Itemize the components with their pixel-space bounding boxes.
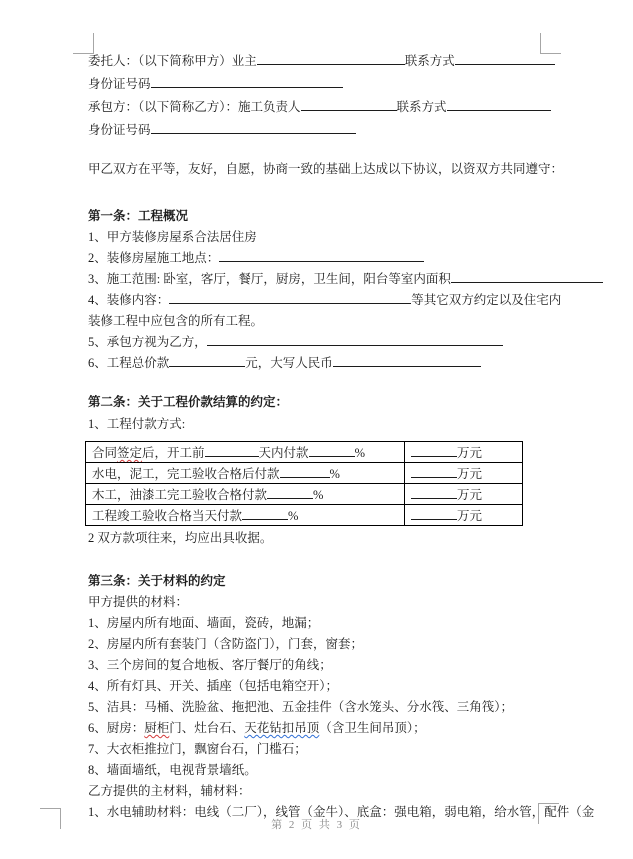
payment-schedule-table: 合同签定后，开工前天内付款% 万元 水电，泥工，完工验收合格后付款% 万元 木工… xyxy=(85,441,523,526)
table-row: 合同签定后，开工前天内付款% 万元 xyxy=(86,442,523,463)
table-row: 工程竣工验收合格当天付款% 万元 xyxy=(86,505,523,526)
section-1-title: 第一条：工程概况 xyxy=(88,205,558,227)
section-1-item-5: 5、承包方视为乙方， xyxy=(88,332,558,353)
section-3-item-5: 5、洁具：马桶、洗脸盆、拖把池、五金挂件（含水笼头、分水筏、三角筏）； xyxy=(88,697,558,718)
section-1-item-6: 6、工程总价款元，大写人民币 xyxy=(88,353,558,374)
party-a-id-label: 身份证号码 xyxy=(88,77,151,91)
section-3-item-8: 8、墙面墙纸，电视背景墙纸。 xyxy=(88,760,558,781)
document-content: 委托人：（以下简称甲方）业主联系方式 身份证号码 承包方：（以下简称乙方）：施工… xyxy=(88,50,558,823)
misspelled-text-red-underline: 签定 xyxy=(117,446,142,460)
blank-underline xyxy=(411,464,457,478)
payment-method-label: 1、工程付款方式: xyxy=(88,413,558,435)
blank-underline xyxy=(301,97,397,111)
party-a-line: 委托人：（以下简称甲方）业主联系方式 xyxy=(88,50,558,73)
party-a-id-line: 身份证号码 xyxy=(88,73,558,96)
payment-stage-cell: 水电，泥工，完工验收合格后付款% xyxy=(86,463,405,484)
section-3-item-3: 3、三个房间的复合地板、客厅餐厅的角线； xyxy=(88,655,558,676)
section-3-item-4: 4、所有灯具、开关、插座（包括电箱空开）； xyxy=(88,676,558,697)
section-1-item-4-cont: 装修工程中应包含的所有工程。 xyxy=(88,311,558,332)
section-3-item-2: 2、房屋内所有套装门（含防盗门），门套，窗套； xyxy=(88,634,558,655)
blank-underline xyxy=(242,506,288,520)
blank-underline xyxy=(455,51,555,65)
party-b-id-line: 身份证号码 xyxy=(88,119,558,142)
blank-underline xyxy=(169,290,411,304)
section-3-item-1: 1、房屋内所有地面、墙面，瓷砖，地漏； xyxy=(88,613,558,634)
section-1-item-4: 4、装修内容：等其它双方约定以及住宅内 xyxy=(88,290,558,311)
table-row: 水电，泥工，完工验收合格后付款% 万元 xyxy=(86,463,523,484)
payment-amount-cell: 万元 xyxy=(405,505,523,526)
blank-underline xyxy=(447,97,551,111)
blank-underline xyxy=(257,51,405,65)
party-a-label: 委托人：（以下简称甲方）业主 xyxy=(88,54,257,68)
blank-underline xyxy=(411,506,457,520)
party-b-line: 承包方：（以下简称乙方）：施工负责人联系方式 xyxy=(88,96,558,119)
blank-underline xyxy=(219,248,424,262)
blank-underline xyxy=(207,332,503,346)
section-3-item-7: 7、大衣柜推拉门，飘窗台石，门槛石； xyxy=(88,739,558,760)
blank-underline xyxy=(411,485,457,499)
payment-amount-cell: 万元 xyxy=(405,463,523,484)
misspelled-text-red-underline: 厨柜 xyxy=(144,721,169,735)
blank-underline xyxy=(151,120,356,134)
party-a-contact-label: 联系方式 xyxy=(405,54,455,68)
blank-underline xyxy=(411,443,457,457)
provider-a-label: 甲方提供的材料： xyxy=(88,592,558,613)
party-b-label: 承包方：（以下简称乙方）：施工负责人 xyxy=(88,100,301,114)
payment-stage-cell: 木工，油漆工完工验收合格付款% xyxy=(86,484,405,505)
blank-underline xyxy=(280,464,330,478)
section-1-item-2: 2、装修房屋施工地点： xyxy=(88,248,558,269)
preamble: 甲乙双方在平等，友好，自愿，协商一致的基础上达成以下协议，以资双方共同遵守： xyxy=(88,158,558,181)
party-b-contact-label: 联系方式 xyxy=(397,100,447,114)
blank-underline xyxy=(333,353,481,367)
section-1-item-3: 3、施工范围: 卧室，客厅，餐厅，厨房，卫生间，阳台等室内面积 xyxy=(88,269,558,290)
document-page: 委托人：（以下简称甲方）业主联系方式 身份证号码 承包方：（以下简称乙方）：施工… xyxy=(0,0,633,859)
blank-underline xyxy=(169,353,245,367)
provider-b-label: 乙方提供的主材料，辅材料： xyxy=(88,781,558,802)
payment-stage-cell: 合同签定后，开工前天内付款% xyxy=(86,442,405,463)
blank-underline xyxy=(151,74,343,88)
grammar-text-blue-underline: 天花钻扣吊顶 xyxy=(244,721,319,735)
section-3-item-6: 6、厨房：厨柜门、灶台石、天花钻扣吊顶（含卫生间吊顶）； xyxy=(88,718,558,739)
payment-amount-cell: 万元 xyxy=(405,484,523,505)
party-b-id-label: 身份证号码 xyxy=(88,123,151,137)
blank-underline xyxy=(451,269,603,283)
table-row: 木工，油漆工完工验收合格付款% 万元 xyxy=(86,484,523,505)
payment-amount-cell: 万元 xyxy=(405,442,523,463)
section-2-title: 第二条：关于工程价款结算的约定： xyxy=(88,391,558,413)
payment-stage-cell: 工程竣工验收合格当天付款% xyxy=(86,505,405,526)
payment-note: 2 双方款项往来，均应出具收据。 xyxy=(88,528,558,548)
blank-underline xyxy=(309,443,355,457)
page-number-footer: 第 2 页 共 3 页 xyxy=(0,816,633,832)
section-3-title: 第三条：关于材料的约定 xyxy=(88,570,558,592)
blank-underline xyxy=(205,443,259,457)
section-1-item-1: 1、甲方装修房屋系合法居住房 xyxy=(88,227,558,248)
blank-underline xyxy=(267,485,313,499)
